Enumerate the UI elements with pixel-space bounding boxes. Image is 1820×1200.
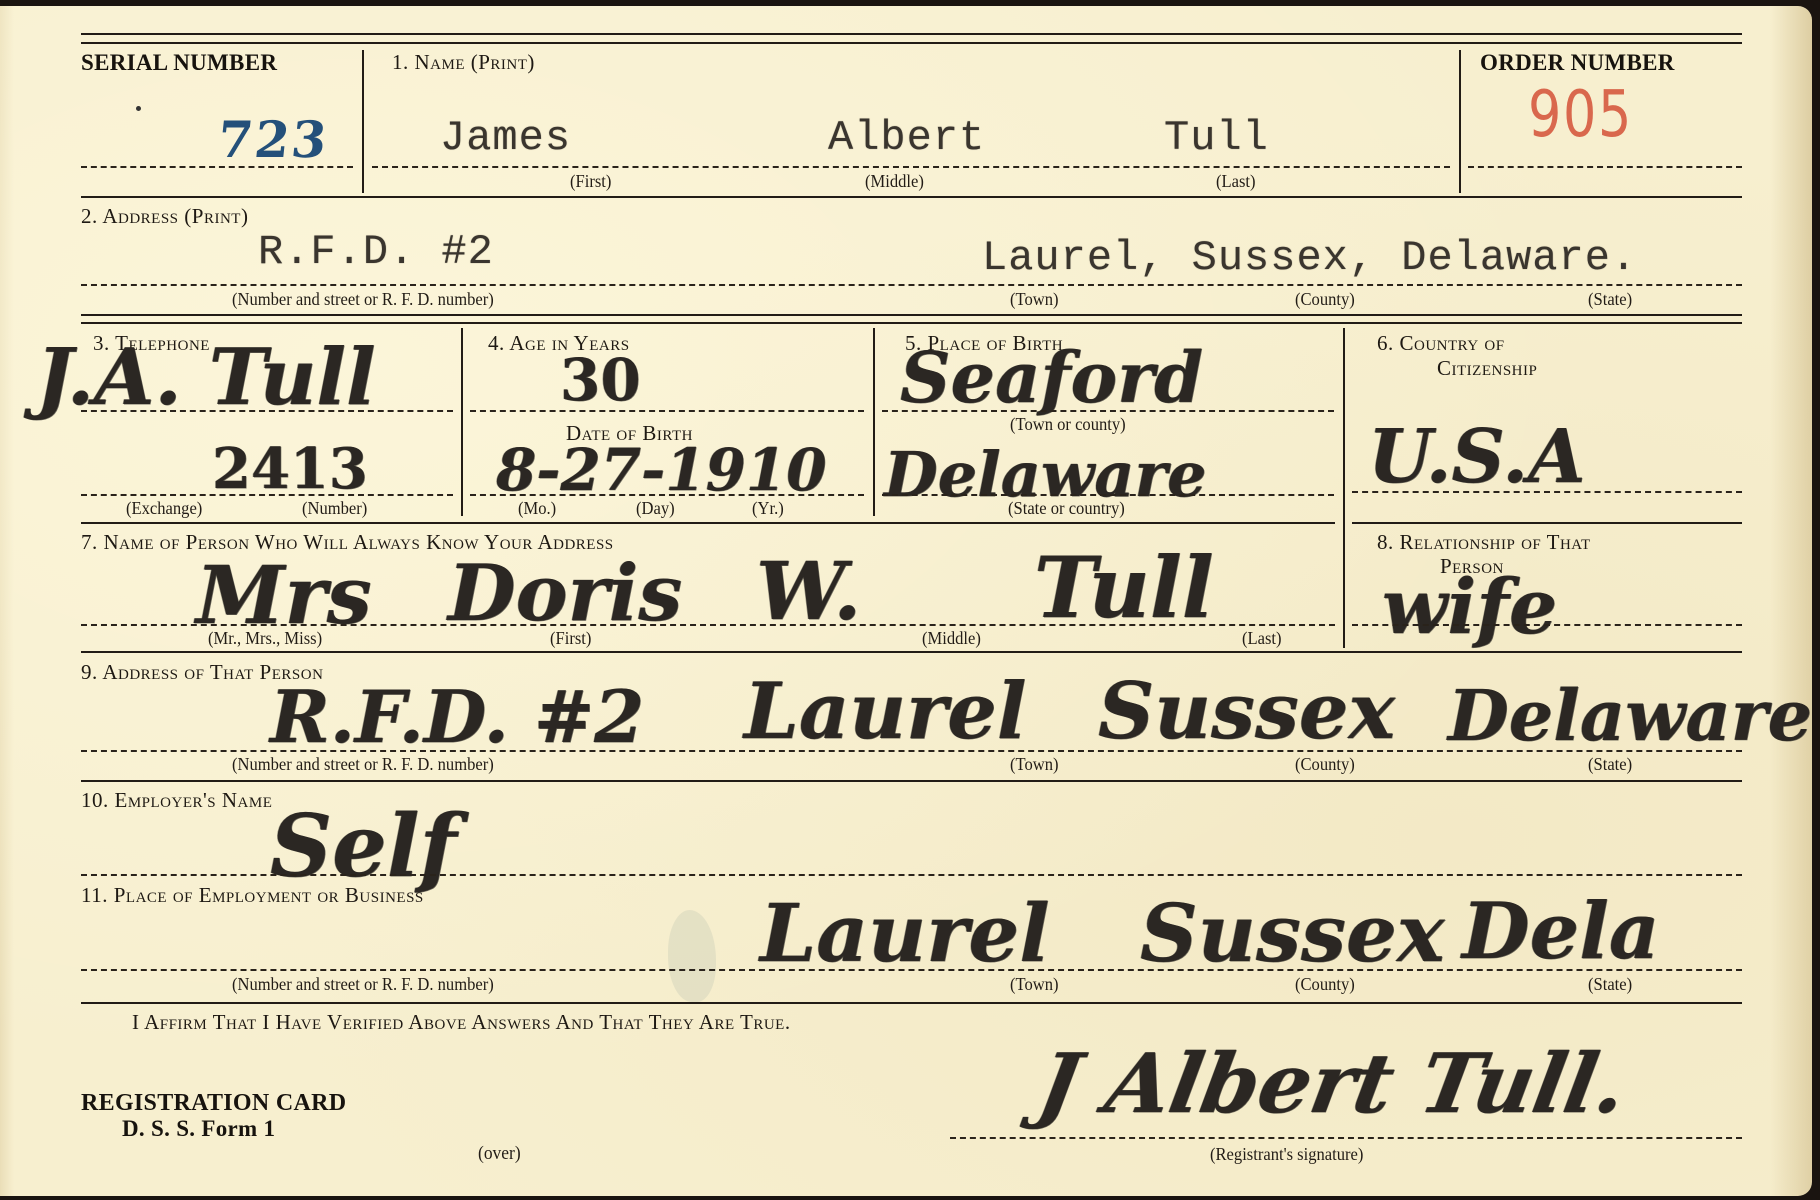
serial-number-label: SERIAL NUMBER xyxy=(81,50,277,76)
row3-bottom-rule xyxy=(81,522,1335,524)
name-first-caption: (First) xyxy=(570,171,611,192)
row2-bottom-rule-inner xyxy=(81,322,1742,324)
serial-number-value: 723 xyxy=(215,110,332,169)
address-county-caption: (County) xyxy=(1295,289,1355,310)
telephone-number: 2413 xyxy=(212,436,368,502)
dob-year-caption: (Yr.) xyxy=(752,498,784,519)
row9-bottom-rule xyxy=(81,780,1742,782)
employer-label: 10. Employer's Name xyxy=(81,788,272,813)
citizenship-label-line2: Citizenship xyxy=(1437,356,1537,381)
address-town-caption: (Town) xyxy=(1010,289,1059,310)
citizenship-value: U.S.A xyxy=(1368,414,1585,500)
name-first: James xyxy=(440,114,571,162)
contact-title-caption: (Mr., Mrs., Miss) xyxy=(208,628,322,649)
address-street-caption: (Number and street or R. F. D. number) xyxy=(232,289,494,310)
address-street: R.F.D. #2 xyxy=(258,228,494,276)
dob-month-caption: (Mo.) xyxy=(518,498,556,519)
address-dashed-line xyxy=(81,284,1742,286)
name-order-divider xyxy=(1459,50,1461,193)
order-number-value: 905 xyxy=(1528,78,1633,152)
top-rule-outer xyxy=(81,33,1742,35)
contact-address-street-caption: (Number and street or R. F. D. number) xyxy=(232,754,494,775)
name-middle: Albert xyxy=(828,114,985,162)
contact-address-county: Sussex xyxy=(1098,666,1395,757)
employment-county: Sussex xyxy=(1140,886,1445,980)
serial-name-divider xyxy=(362,50,364,193)
contact-middle-caption: (Middle) xyxy=(922,628,981,649)
contact-first-caption: (First) xyxy=(550,628,591,649)
contact-last-caption: (Last) xyxy=(1242,628,1282,649)
telephone-number-caption: (Number) xyxy=(302,498,367,519)
signature-dashed-line xyxy=(950,1137,1742,1139)
row11-bottom-rule xyxy=(81,1002,1742,1004)
employer-dashed-line xyxy=(81,874,1742,876)
employment-state-caption: (State) xyxy=(1588,974,1632,995)
birthplace-citizenship-divider xyxy=(1343,328,1345,648)
contact-last: Tull xyxy=(1034,538,1214,637)
telephone-dashed-line-2 xyxy=(81,494,453,496)
address-label: 2. Address (Print) xyxy=(81,204,248,229)
serial-dashed-line xyxy=(81,166,353,168)
citizenship-dashed-line xyxy=(1352,491,1742,493)
contact-address-town: Laurel xyxy=(744,666,1026,757)
employment-town-caption: (Town) xyxy=(1010,974,1059,995)
contact-address-state-caption: (State) xyxy=(1588,754,1632,775)
name-dashed-line xyxy=(372,166,1450,168)
row1-bottom-rule xyxy=(81,196,1742,198)
paper-smudge xyxy=(668,910,716,1002)
employment-street-caption: (Number and street or R. F. D. number) xyxy=(232,974,494,995)
employment-county-caption: (County) xyxy=(1295,974,1355,995)
row7-bottom-rule xyxy=(81,651,1742,653)
name-label: 1. Name (Print) xyxy=(392,50,535,75)
employer-value: Self xyxy=(270,796,457,897)
birthplace-state-dashed-line xyxy=(882,494,1334,496)
dob-day-caption: (Day) xyxy=(636,498,675,519)
tel-age-divider xyxy=(461,328,463,516)
registration-card-title: REGISTRATION CARD xyxy=(81,1090,346,1117)
signature-caption: (Registrant's signature) xyxy=(1210,1144,1363,1165)
contact-address-street: R.F.D. #2 xyxy=(270,674,644,759)
affirmation-text: I Affirm That I Have Verified Above Answ… xyxy=(132,1010,791,1035)
birthplace-town-dashed-line xyxy=(882,410,1334,412)
employment-label: 11. Place of Employment or Business xyxy=(81,883,424,908)
order-dashed-line xyxy=(1468,166,1742,168)
age-value: 30 xyxy=(560,346,641,414)
birthplace-state-caption: (State or country) xyxy=(1008,498,1125,519)
age-birthplace-divider xyxy=(873,328,875,516)
name-last: Tull xyxy=(1164,114,1269,162)
telephone-exchange-caption: (Exchange) xyxy=(126,498,202,519)
birthplace-town-caption: (Town or county) xyxy=(1010,414,1126,435)
birthplace-town: Seaford xyxy=(900,336,1203,419)
order-number-label: ORDER NUMBER xyxy=(1480,50,1675,76)
registration-card: SERIAL NUMBER 723 1. Name (Print) James … xyxy=(0,6,1812,1196)
dob-dashed-line xyxy=(470,494,864,496)
telephone-dashed-line-1 xyxy=(81,410,453,412)
name-last-caption: (Last) xyxy=(1216,171,1256,192)
employment-state: Dela xyxy=(1462,886,1659,977)
over-note: (over) xyxy=(478,1143,521,1165)
contact-address-county-caption: (County) xyxy=(1295,754,1355,775)
row2-bottom-rule-outer xyxy=(81,314,1742,316)
contact-address-state: Delaware xyxy=(1448,674,1812,757)
employment-dashed-line xyxy=(81,969,1742,971)
form-id: D. S. S. Form 1 xyxy=(122,1116,275,1142)
contact-dashed-line xyxy=(81,624,1335,626)
ink-dot xyxy=(136,106,141,111)
relationship-label-line1: 8. Relationship of That xyxy=(1377,530,1591,555)
age-dashed-line xyxy=(470,410,864,412)
name-middle-caption: (Middle) xyxy=(865,171,924,192)
contact-address-dashed-line xyxy=(81,750,1742,752)
employment-town: Laurel xyxy=(760,886,1050,980)
citizenship-label-line1: 6. Country of xyxy=(1377,331,1505,356)
citizenship-bottom-rule xyxy=(1352,522,1742,524)
top-rule-inner xyxy=(81,42,1742,44)
registrant-signature: J Albert Tull. xyxy=(1032,1036,1634,1132)
contact-address-town-caption: (Town) xyxy=(1010,754,1059,775)
relationship-dashed-line xyxy=(1352,624,1742,626)
address-town-county-state: Laurel, Sussex, Delaware. xyxy=(982,234,1637,282)
relationship-value: wife xyxy=(1382,562,1557,651)
address-state-caption: (State) xyxy=(1588,289,1632,310)
